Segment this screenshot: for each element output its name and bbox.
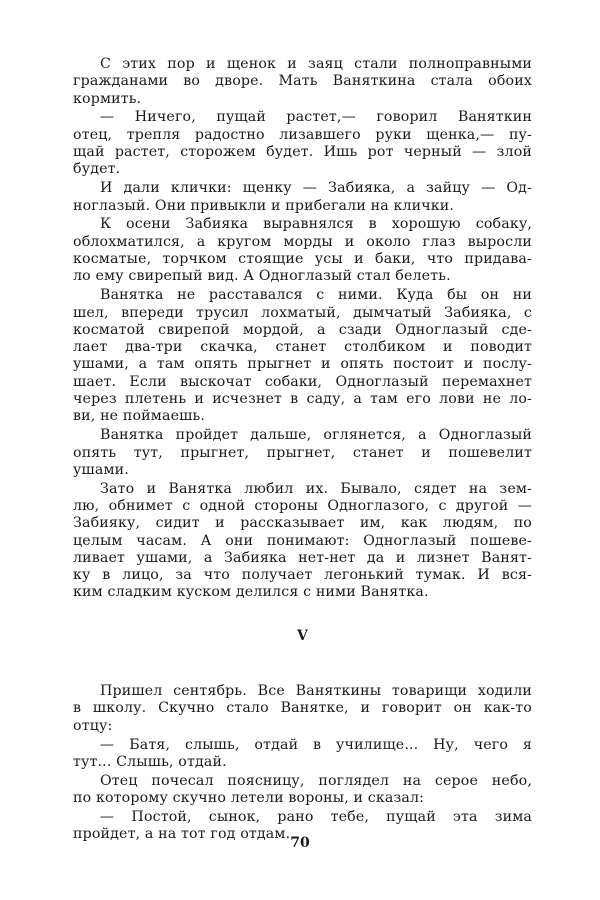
text-line: облохматился, а кругом морды и около гла… bbox=[73, 234, 532, 251]
text-line: ло ему свирепый вид. А Одноглазый стал б… bbox=[73, 268, 532, 285]
paragraph: — Ничего, пущай растет,— говорил Ванятки… bbox=[73, 109, 532, 178]
text-line: — Постой, сынок, рано тебе, пущай эта зи… bbox=[73, 809, 532, 826]
text-line: опять тут, прыгнет, прыгнет, станет и по… bbox=[73, 445, 532, 462]
text-line: шает. Если выскочат собаки, Одноглазый п… bbox=[73, 374, 532, 391]
page-number: 70 bbox=[0, 835, 600, 851]
text-line: ким сладким куском делился с ними Ванятк… bbox=[73, 584, 532, 601]
text-line: будет. bbox=[73, 161, 532, 178]
text-line: — Ничего, пущай растет,— говорил Ванятки… bbox=[73, 109, 532, 126]
text-line: отцу: bbox=[73, 718, 532, 735]
text-line: Пришел сентябрь. Все Ваняткины товарищи … bbox=[73, 683, 532, 700]
text-line: шел, впереди трусил лохматый, дымчатый З… bbox=[73, 305, 532, 322]
paragraph: С этих пор и щенок и заяц стали полнопра… bbox=[73, 56, 532, 108]
text-line: Зато и Ванятка любил их. Бывало, сядет н… bbox=[73, 481, 532, 498]
chapter-heading: V bbox=[73, 628, 532, 645]
text-line: тут... Слышь, отдай. bbox=[73, 754, 532, 771]
text-line: в школу. Скучно стало Ванятке, и говорит… bbox=[73, 700, 532, 717]
text-line: Ванятка пройдет дальше, оглянется, а Одн… bbox=[73, 427, 532, 444]
text-line: лю, обнимет с одной стороны Одноглазого,… bbox=[73, 498, 532, 515]
text-line: ноглазый. Они привыкли и прибегали на кл… bbox=[73, 198, 532, 215]
paragraph: К осени Забияка выравнялся в хорошую соб… bbox=[73, 216, 532, 285]
text-line: ку в лицо, за что получает легонький тум… bbox=[73, 567, 532, 584]
text-line: К осени Забияка выравнялся в хорошую соб… bbox=[73, 216, 532, 233]
paragraph: И дали клички: щенку — Забияка, а зайцу … bbox=[73, 180, 532, 215]
text-line: Ванятка не расставался с ними. Куда бы о… bbox=[73, 287, 532, 304]
text-line: через плетень и исчезнет в саду, а там е… bbox=[73, 391, 532, 408]
text-line: косматые, торчком стоящие усы и баки, чт… bbox=[73, 251, 532, 268]
paragraph: Ванятка пройдет дальше, оглянется, а Одн… bbox=[73, 427, 532, 479]
paragraph: — Батя, слышь, отдай в училище... Ну, че… bbox=[73, 737, 532, 772]
text-line: по которому скучно летели вороны, и сказ… bbox=[73, 790, 532, 807]
text-section-2: Пришел сентябрь. Все Ваняткины товарищи … bbox=[73, 683, 532, 843]
text-line: ушами. bbox=[73, 462, 532, 479]
text-line: кормить. bbox=[73, 91, 532, 108]
text-line: ви, не поймаешь. bbox=[73, 408, 532, 425]
text-line: ушами, а там опять прыгнет и опять посто… bbox=[73, 356, 532, 373]
paragraph: Зато и Ванятка любил их. Бывало, сядет н… bbox=[73, 481, 532, 602]
text-line: С этих пор и щенок и заяц стали полнопра… bbox=[73, 56, 532, 73]
text-line: щай растет, сторожем будет. Ишь рот черн… bbox=[73, 144, 532, 161]
text-line: отец, трепля радостно лизавшего руки щен… bbox=[73, 127, 532, 144]
paragraph: Отец почесал поясницу, поглядел на серое… bbox=[73, 773, 532, 808]
text-line: Отец почесал поясницу, поглядел на серое… bbox=[73, 773, 532, 790]
text-line: ливает ушами, а Забияка нет-нет да и лиз… bbox=[73, 550, 532, 567]
text-line: гражданами во дворе. Мать Ваняткина стал… bbox=[73, 73, 532, 90]
text-line: — Батя, слышь, отдай в училище... Ну, че… bbox=[73, 737, 532, 754]
text-line: Забияку, сидит и рассказывает им, как лю… bbox=[73, 515, 532, 532]
text-line: целым часам. А они понимают: Одноглазый … bbox=[73, 533, 532, 550]
text-section-1: С этих пор и щенок и заяц стали полнопра… bbox=[73, 56, 532, 602]
text-line: косматой свирепой мордой, а сзади Одногл… bbox=[73, 322, 532, 339]
paragraph: Ванятка не расставался с ними. Куда бы о… bbox=[73, 287, 532, 425]
text-line: лает два-три скачка, станет столбиком и … bbox=[73, 339, 532, 356]
book-page: С этих пор и щенок и заяц стали полнопра… bbox=[73, 56, 532, 845]
paragraph: Пришел сентябрь. Все Ваняткины товарищи … bbox=[73, 683, 532, 735]
text-line: И дали клички: щенку — Забияка, а зайцу … bbox=[73, 180, 532, 197]
